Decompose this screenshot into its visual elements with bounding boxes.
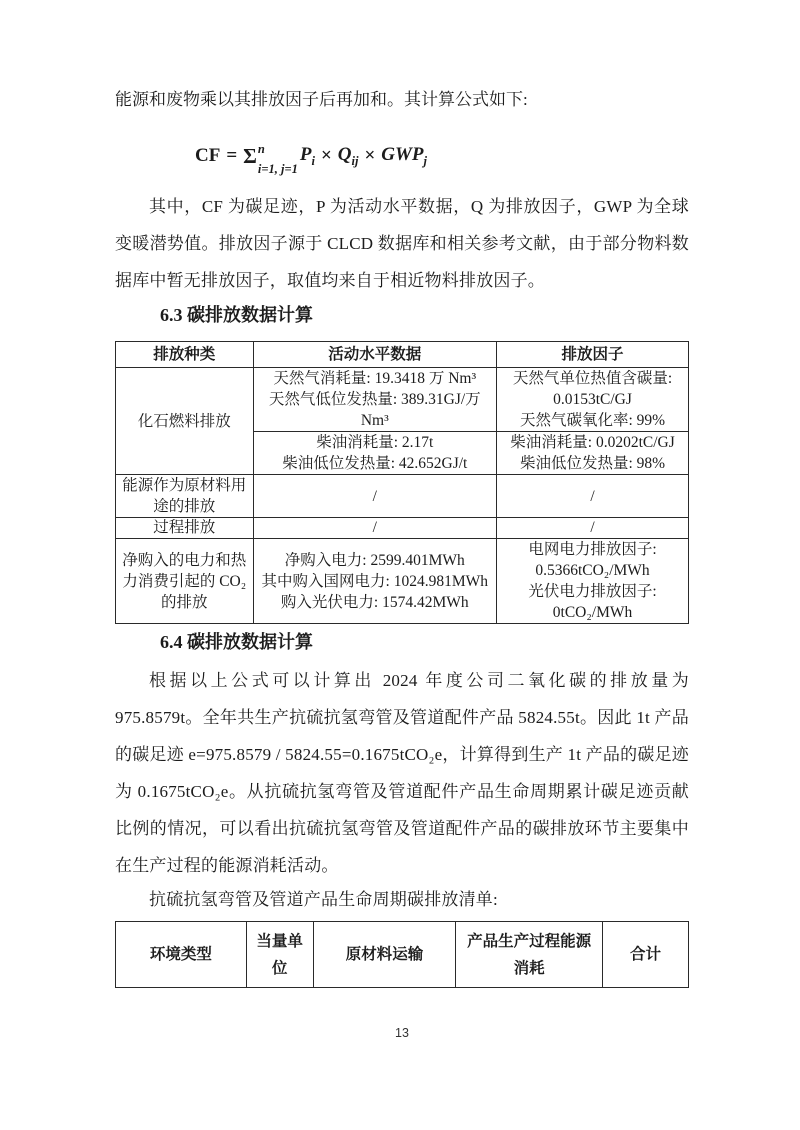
formula-term-p: Pi bbox=[300, 144, 315, 169]
cell-diesel-factor: 柴油消耗量: 0.0202tC/GJ 柴油低位发热量: 98% bbox=[497, 432, 689, 475]
calculation-result-paragraph: 根据以上公式可以计算出 2024 年度公司二氧化碳的排放量为 975.8579t… bbox=[115, 662, 689, 884]
page-content: 能源和废物乘以其排放因子后再加和。其计算公式如下: CF = Σ n i=1, … bbox=[115, 0, 689, 988]
col-header-emission-factor: 排放因子 bbox=[497, 342, 689, 368]
col-header-activity-data: 活动水平数据 bbox=[253, 342, 497, 368]
cell-raw-material-label: 能源作为原材料用途的排放 bbox=[116, 475, 254, 518]
cell-process-activity: / bbox=[253, 518, 497, 539]
emission-table-header-row: 排放种类 活动水平数据 排放因子 bbox=[116, 342, 689, 368]
cell-electricity-factor: 电网电力排放因子: 0.5366tCO₂/MWh 光伏电力排放因子: 0tCO₂… bbox=[497, 539, 689, 624]
table-row-electricity: 净购入的电力和热力消费引起的 CO₂ 的排放 净购入电力: 2599.401MW… bbox=[116, 539, 689, 624]
sigma-symbol: Σ bbox=[243, 144, 257, 169]
intro-paragraph: 能源和废物乘以其排放因子后再加和。其计算公式如下: bbox=[115, 88, 689, 112]
summation-lower-limit: i=1, j=1 bbox=[258, 163, 298, 175]
cell-fossil-label: 化石燃料排放 bbox=[116, 368, 254, 475]
formula-term-gwp: GWPj bbox=[381, 144, 427, 169]
heading-6-3: 6.3 碳排放数据计算 bbox=[115, 301, 689, 329]
col-header-raw-material-transport: 原材料运输 bbox=[313, 922, 456, 988]
heading-6-4: 6.4 碳排放数据计算 bbox=[115, 628, 689, 656]
cell-process-label: 过程排放 bbox=[116, 518, 254, 539]
cell-electricity-activity: 净购入电力: 2599.401MWh 其中购入国网电力: 1024.981MWh… bbox=[253, 539, 497, 624]
lifecycle-inventory-table: 环境类型 当量单位 原材料运输 产品生产过程能源消耗 合计 bbox=[115, 921, 689, 988]
cell-electricity-label: 净购入的电力和热力消费引起的 CO₂ 的排放 bbox=[116, 539, 254, 624]
summation-limits: n i=1, j=1 bbox=[258, 147, 298, 171]
equals-sign: = bbox=[226, 145, 237, 167]
formula-term-q: Qij bbox=[338, 144, 359, 169]
lifecycle-table-header-row: 环境类型 当量单位 原材料运输 产品生产过程能源消耗 合计 bbox=[116, 922, 689, 988]
document-page: 能源和废物乘以其排放因子后再加和。其计算公式如下: CF = Σ n i=1, … bbox=[0, 0, 800, 1130]
formula-lhs: CF bbox=[195, 145, 220, 167]
summation-upper-limit: n bbox=[258, 143, 265, 155]
col-header-equivalent-unit: 当量单位 bbox=[246, 922, 313, 988]
table-row-raw-material: 能源作为原材料用途的排放 / / bbox=[116, 475, 689, 518]
multiply-sign: × bbox=[364, 145, 375, 167]
col-header-total: 合计 bbox=[603, 922, 689, 988]
table-row-fossil-gas: 化石燃料排放 天然气消耗量: 19.3418 万 Nm³ 天然气低位发热量: 3… bbox=[116, 368, 689, 432]
col-header-emission-type: 排放种类 bbox=[116, 342, 254, 368]
cell-raw-material-activity: / bbox=[253, 475, 497, 518]
page-number: 13 bbox=[115, 1026, 689, 1040]
multiply-sign: × bbox=[321, 145, 332, 167]
col-header-environment-type: 环境类型 bbox=[116, 922, 247, 988]
col-header-production-energy: 产品生产过程能源消耗 bbox=[456, 922, 603, 988]
cell-diesel-activity: 柴油消耗量: 2.17t 柴油低位发热量: 42.652GJ/t bbox=[253, 432, 497, 475]
formula-explanation-paragraph: 其中，CF 为碳足迹，P 为活动水平数据，Q 为排放因子，GWP 为全球变暖潜势… bbox=[115, 188, 689, 299]
cell-gas-activity: 天然气消耗量: 19.3418 万 Nm³ 天然气低位发热量: 389.31GJ… bbox=[253, 368, 497, 432]
cell-gas-factor: 天然气单位热值含碳量: 0.0153tC/GJ 天然气碳氧化率: 99% bbox=[497, 368, 689, 432]
emission-data-table: 排放种类 活动水平数据 排放因子 化石燃料排放 天然气消耗量: 19.3418 … bbox=[115, 341, 689, 624]
carbon-footprint-formula: CF = Σ n i=1, j=1 Pi × Qij × GWPj bbox=[195, 132, 689, 180]
summation: Σ n i=1, j=1 bbox=[243, 144, 300, 169]
inventory-intro-line: 抗硫抗氢弯管及管道产品生命周期碳排放清单: bbox=[115, 886, 689, 914]
cell-raw-material-factor: / bbox=[497, 475, 689, 518]
cell-process-factor: / bbox=[497, 518, 689, 539]
table-row-process: 过程排放 / / bbox=[116, 518, 689, 539]
